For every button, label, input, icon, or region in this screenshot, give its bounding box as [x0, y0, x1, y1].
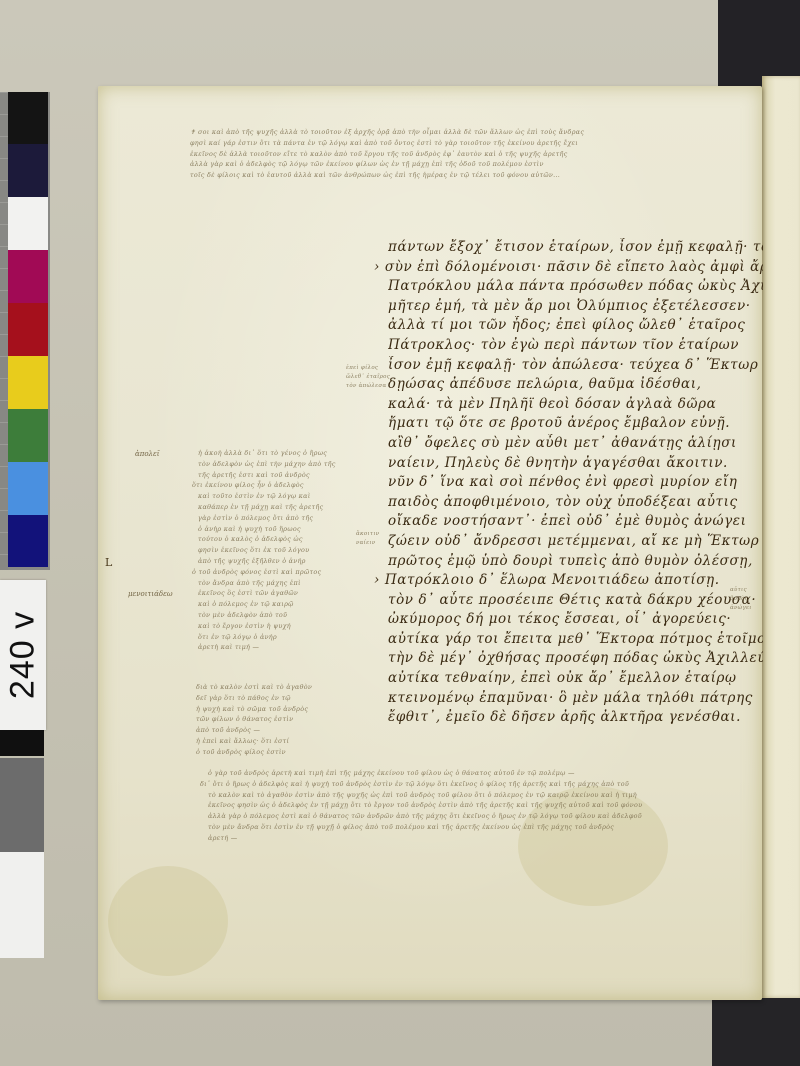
scholia-line: ἀρετὴ καὶ τιμή — — [198, 642, 358, 653]
swatch-green — [8, 409, 48, 462]
color-calibration-strip — [0, 92, 50, 570]
scholia-line: ὅτι ἐκείνου φίλος ἦν ὁ ἀδελφὸς — [192, 480, 358, 491]
gloss-line: τὸν ἀπώλεσα — [346, 382, 390, 391]
scholia-line: ἐκεῖνος φησὶν ὡς ὁ ἀδελφὸς ἐν τῇ μάχῃ ὅτ… — [208, 800, 725, 811]
text-line: τὸν δ᾽ αὖτε προσέειπε Θέτις κατὰ δάκρυ χ… — [388, 591, 763, 611]
scholia-line: τοῖς δὲ φίλοις καὶ τὸ ἑαυτοῦ ἀλλὰ καὶ τῶ… — [190, 170, 720, 181]
parchment-stain — [108, 866, 228, 976]
swatch-red — [8, 303, 48, 356]
scholia-line: τούτου ὁ καλὸς ὁ ἀδελφὸς ὡς — [198, 534, 358, 545]
text-line: δῃώσας ἀπέδυσε πελώρια, θαῦμα ἰδέσθαι, — [388, 375, 763, 395]
swatch-cyan-blue — [8, 462, 48, 515]
dark-cloth-bottom — [712, 990, 800, 1066]
text-line: ἔφθιτ᾽, ἐμεῖο δὲ δῆσεν ἀρῆς ἀλκτῆρα γενέ… — [388, 708, 763, 728]
swatch-yellow — [8, 356, 48, 409]
bottom-scholia: ὁ γὰρ τοῦ ἀνδρὸς ἀρετὴ καὶ τιμὴ ἐπὶ τῆς … — [200, 768, 725, 844]
scholia-line: φησὶν ἐκεῖνος ὅτι ἐκ τοῦ λόγου — [198, 545, 358, 556]
gloss-line: ἀνώγει — [730, 604, 752, 613]
scholia-line: καὶ ὁ πόλεμος ἐν τῷ καιρῷ — [198, 599, 358, 610]
swatch-magenta — [8, 250, 48, 303]
text-line: νῦν δ᾽ ἵνα καὶ σοὶ πένθος ἐνὶ φρεσὶ μυρί… — [388, 473, 763, 493]
text-line: Πάτροκλος· τὸν ἐγὼ περὶ πάντων τῖον ἑταί… — [388, 336, 763, 356]
scholia-line: ὁ γὰρ τοῦ ἀνδρὸς ἀρετὴ καὶ τιμὴ ἐπὶ τῆς … — [208, 768, 725, 779]
scholia-line: διὰ τὸ καλὸν ἐστὶ καὶ τὸ ἀγαθὸν — [196, 682, 356, 693]
gloss-line: ὤλεθ᾽ ἑταῖρος — [346, 373, 390, 382]
ruler-scale — [0, 92, 8, 570]
scholia-line: ἡ ἀκοὴ ἀλλὰ δι᾽ ὅτι τὸ γένος ὁ ἥρως — [198, 448, 358, 459]
scholia-line: δεῖ γὰρ ὅτι τὸ πάθος ἐν τῷ — [196, 693, 356, 704]
inner-gloss-2: ἄκοιτιν ναίειν — [356, 530, 379, 548]
text-line: μῆτερ ἐμή, τὰ μὲν ἄρ μοι Ὀλύμπιος ἐξετέλ… — [388, 297, 763, 317]
margin-note-left-lower: μενοιτιάδεω — [128, 590, 173, 598]
dark-cloth-top — [718, 0, 800, 88]
text-line: αἲθ᾽ ὄφελες σὺ μὲν αὖθι μετ᾽ ἀθανάτῃς ἁλ… — [388, 434, 763, 454]
text-line: ἀλλὰ τί μοι τῶν ἦδος; ἐπεὶ φίλος ὤλεθ᾽ ἑ… — [388, 316, 763, 336]
text-line: παιδὸς ἀποφθιμένοιο, τὸν οὐχ ὑποδέξεαι α… — [388, 493, 763, 513]
scholia-line: τὸ καλὸν καὶ τὸ ἀγαθὸν ἐστὶν ἀπὸ τῆς ψυχ… — [208, 790, 725, 801]
scholia-line: ἡ ἐπεὶ καὶ ἄλλως· ὅτι ἐστί — [196, 736, 356, 747]
margin-note-left-upper: ἀπολεῖ — [135, 450, 159, 458]
text-line: ναίειν, Πηλεὺς δὲ θνητὴν ἀγαγέσθαι ἄκοιτ… — [388, 454, 763, 474]
gloss-line: ἄκοιτιν — [356, 530, 379, 539]
scholia-line: ἀπὸ τοῦ ἀνδρὸς — — [196, 725, 356, 736]
text-line: ζώειν οὐδ᾽ ἄνδρεσσι μετέμμεναι, αἴ κε μὴ… — [388, 532, 763, 552]
swatch-navy-blue — [8, 515, 48, 567]
text-line: καλά· τὰ μὲν Πηλῆϊ θεοὶ δόσαν ἀγλαὰ δῶρα — [388, 395, 763, 415]
facing-page-edge — [762, 76, 800, 998]
scholia-line: ἡ ψυχὴ καὶ τὸ σῶμα τοῦ ἀνδρὸς — [196, 704, 356, 715]
text-line: ὠκύμορος δή μοι τέκος ἔσσεαι, οἷ᾽ ἀγορεύ… — [388, 610, 763, 630]
text-line: κτεινομένῳ ἐπαμῦναι· ὃ μὲν μάλα τηλόθι π… — [388, 689, 763, 709]
scholia-line: τῶν φίλων ὁ θάνατος ἐστὶν — [196, 714, 356, 725]
text-line: ἤματι τῷ ὅτε σε βροτοῦ ἀνέρος ἔμβαλον εὐ… — [388, 414, 763, 434]
gray-swatch-light — [0, 852, 44, 958]
swatch-black — [8, 92, 48, 144]
swatch-white — [8, 197, 48, 250]
scholia-line: ἀρετή — — [208, 833, 725, 844]
scholia-line: ἐκεῖνος ὃς ἐστὶ τῶν ἀγαθῶν — [198, 588, 358, 599]
scholia-line: τῆς ἀρετῆς ἐστι καὶ τοῦ ἀνδρὸς — [198, 470, 358, 481]
text-line: › σὺν ἐπὶ δόλομένοισι· πᾶσιν δὲ εἴπετο λ… — [374, 258, 763, 278]
scholia-line: ἀλλὰ γὰρ καὶ ὁ ἀδελφὸς τῷ λόγῳ τῶν ἐκείν… — [190, 159, 720, 170]
scholia-line: ἀλλὰ γὰρ ὁ πόλεμος ἐστὶ καὶ ὁ θάνατος τῶ… — [208, 811, 725, 822]
folio-label: 240 v — [4, 611, 43, 699]
swatch-dark-navy — [8, 144, 48, 197]
scholia-line: ἀπὸ τῆς ψυχῆς ἐξῆλθεν ὁ ἀνήρ — [198, 556, 358, 567]
gray-swatch-mid — [0, 758, 44, 852]
gloss-line: θυμὸς — [730, 595, 752, 604]
gloss-line: αὖτις — [730, 586, 752, 595]
folio-label-tag: 240 v — [0, 580, 46, 730]
scholia-line: ✝ σοι καὶ ἀπὸ τῆς ψυχῆς ἀλλὰ τὸ τοιοῦτον… — [190, 127, 720, 138]
text-line: πρῶτος ἐμῷ ὑπὸ δουρὶ τυπεὶς ἀπὸ θυμὸν ὀλ… — [388, 552, 763, 572]
scholia-line: φησὶ καί γάρ ἐστιν ὅτι τὰ πάντα ἐν τῷ λό… — [190, 138, 720, 149]
scholia-line: ὁ τοῦ ἀνδρὸς φίλος ἐστὶν — [196, 747, 356, 758]
text-line: τὴν δὲ μέγ᾽ ὀχθήσας προσέφη πόδας ὠκὺς Ἀ… — [388, 649, 763, 669]
top-scholia: ✝ σοι καὶ ἀπὸ τῆς ψυχῆς ἀλλὰ τὸ τοιοῦτον… — [190, 127, 720, 181]
scholia-line: τὸν ἀδελφὸν ὡς ἐπὶ τὴν μάχην ἀπὸ τῆς — [198, 459, 358, 470]
left-scholia-block-2: διὰ τὸ καλὸν ἐστὶ καὶ τὸ ἀγαθὸν δεῖ γὰρ … — [196, 682, 356, 758]
scholia-line: δι᾽ ὅτι ὁ ἥρως ὁ ἀδελφὸς καὶ ἡ ψυχὴ τοῦ … — [200, 779, 725, 790]
scholia-line: καὶ τοῦτο ἐστὶν ἐν τῷ λόγῳ καὶ — [198, 491, 358, 502]
scholia-line: τὸν ἄνδρα ἀπὸ τῆς μάχης ἐπὶ — [198, 578, 358, 589]
text-line: › Πατρόκλοιο δ᾽ ἕλωρα Μενοιτιάδεω ἀποτίσ… — [374, 571, 763, 591]
left-scholia-block-1: ἡ ἀκοὴ ἀλλὰ δι᾽ ὅτι τὸ γένος ὁ ἥρως τὸν … — [198, 448, 358, 653]
text-line: ἶσον ἐμῇ κεφαλῇ· τὸν ἀπώλεσα· τεύχεα δ᾽ … — [388, 356, 763, 376]
text-line: οἴκαδε νοστήσαντ᾽· ἐπεὶ οὐδ᾽ ἐμὲ θυμὸς ἀ… — [388, 512, 763, 532]
bracket-mark: L — [105, 556, 112, 569]
main-text-column: πάντων ἔξοχ᾽ ἔτισον ἑταίρων, ἶσον ἐμῇ κε… — [388, 238, 763, 728]
scholia-line: ὁ τοῦ ἀνδρὸς φόνος ἐστὶ καὶ πρῶτος — [192, 567, 358, 578]
text-line: αὐτίκα τεθναίην, ἐπεὶ οὐκ ἄρ᾽ ἔμελλον ἑτ… — [388, 669, 763, 689]
text-line: πάντων ἔξοχ᾽ ἔτισον ἑταίρων, ἶσον ἐμῇ κε… — [388, 238, 763, 258]
scholia-line: ὁ ἀνὴρ καὶ ἡ ψυχὴ τοῦ ἥρωος — [198, 524, 358, 535]
scholia-line: καθάπερ ἐν τῇ μάχῃ καὶ τῆς ἀρετῆς — [198, 502, 358, 513]
inner-gloss-3: αὖτις θυμὸς ἀνώγει — [730, 586, 752, 613]
scholia-line: τὸν μὲν ἀδελφὸν ἀπὸ τοῦ — [198, 610, 358, 621]
scholia-line: γὰρ ἐστὶν ὁ πόλεμος ὅτι ἀπὸ τῆς — [198, 513, 358, 524]
text-line: Πατρόκλου μάλα πάντα πρόσωθεν πόδας ὠκὺς… — [388, 277, 763, 297]
gloss-line: ναίειν — [356, 539, 379, 548]
inner-gloss-1: ἐπεὶ φίλος ὤλεθ᾽ ἑταῖρος τὸν ἀπώλεσα — [346, 364, 390, 391]
gloss-line: ἐπεὶ φίλος — [346, 364, 390, 373]
gray-swatch-black — [0, 730, 44, 756]
scholia-line: καὶ τὸ ἔργον ἐστὶν ἡ ψυχή — [198, 621, 358, 632]
scholia-line: ὅτι ἐν τῷ λόγῳ ὁ ἀνήρ — [198, 632, 358, 643]
scholia-line: τὸν μὲν ἄνδρα ὅτι ἐστὶν ἐν τῇ ψυχῇ ὁ φίλ… — [208, 822, 725, 833]
scholia-line: ἐκεῖνος δὲ ἀλλὰ τοιοῦτον εἴτε τὸ καλὸν ἀ… — [190, 149, 720, 160]
text-line: αὐτίκα γάρ τοι ἔπειτα μεθ᾽ Ἕκτορα πότμος… — [388, 630, 763, 650]
